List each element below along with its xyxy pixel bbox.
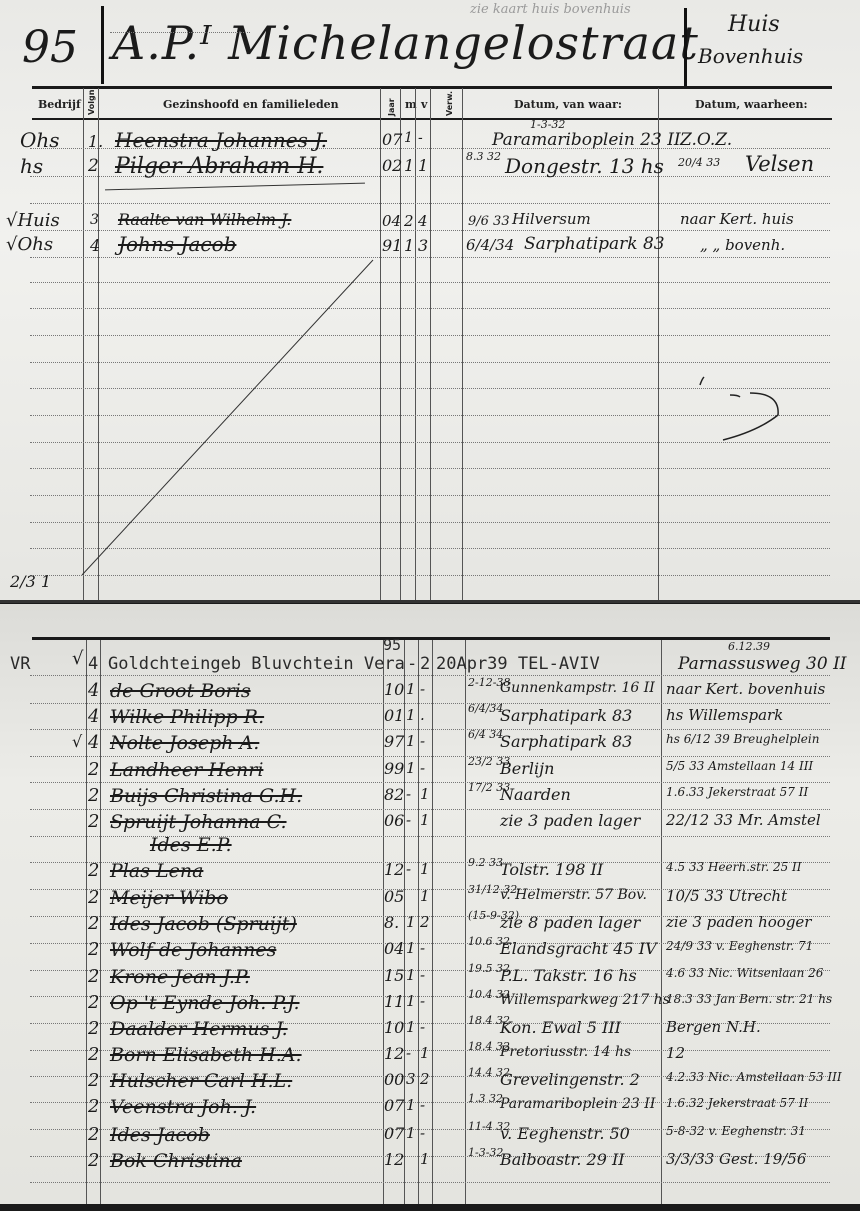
jaar-cell: 11 bbox=[384, 992, 404, 1011]
from-date-cell: 6/4 34 bbox=[468, 728, 503, 741]
m-cell: 1 bbox=[406, 759, 416, 777]
col-v: v bbox=[421, 98, 427, 111]
v-cell: 1 bbox=[420, 887, 430, 905]
v-cell: 1 bbox=[420, 1044, 430, 1062]
volgn-cell: 2 bbox=[88, 1096, 99, 1117]
v-cell: - bbox=[418, 130, 423, 146]
jaar-cell: 10 bbox=[384, 1018, 404, 1037]
col-line bbox=[86, 640, 87, 1204]
jaar-cell: 04 bbox=[384, 939, 404, 958]
from-cell: Dongestr. 13 hs bbox=[505, 154, 664, 178]
v-cell: - bbox=[420, 759, 425, 777]
volgn-cell: 2 bbox=[88, 785, 99, 806]
v-cell: - bbox=[420, 992, 425, 1010]
to-cell: 3/3/33 Gest. 19/56 bbox=[666, 1150, 806, 1168]
jaar-cell: 05 bbox=[384, 887, 404, 906]
jaar-cell: 12 bbox=[384, 1044, 404, 1063]
volgn-cell: 2 bbox=[88, 992, 99, 1013]
bedrijf-cell: √Ohs bbox=[6, 234, 53, 255]
from-cell: Balboastr. 29 II bbox=[500, 1150, 625, 1169]
from-date-cell: 1-3-32 bbox=[468, 1146, 503, 1159]
col-line bbox=[380, 88, 381, 600]
to-cell: 22/12 33 Mr. Amstel bbox=[666, 811, 821, 829]
header-bottom-rule bbox=[32, 118, 832, 120]
name-cell: de Groot Boris bbox=[110, 680, 251, 702]
name-cell: Wilke Philipp R. bbox=[110, 706, 264, 728]
v-cell: - bbox=[420, 939, 425, 957]
rule bbox=[30, 230, 830, 231]
jaar-cell: 06 bbox=[384, 811, 404, 830]
from-cell: Paramariboplein 23 II bbox=[500, 1096, 655, 1112]
from-cell: v. Helmerstr. 57 Bov. bbox=[500, 887, 647, 903]
to-cell: 5/5 33 Amstellaan 14 III bbox=[666, 759, 813, 773]
v-cell: 2 bbox=[420, 913, 430, 931]
col-gezinshoofd: Gezinshoofd en familieleden bbox=[163, 98, 339, 111]
m-cell: 1 bbox=[404, 130, 413, 146]
to-cell: 1.6.32 Jekerstraat 57 II bbox=[666, 1096, 808, 1110]
to-cell: 24/9 33 v. Eeghenstr. 71 bbox=[666, 939, 813, 953]
jaar-cell: 10 bbox=[384, 680, 404, 699]
m-cell: 2 bbox=[404, 212, 414, 230]
col-line bbox=[418, 640, 419, 1204]
name-cell: Ides E.P. bbox=[150, 834, 232, 856]
from-cell: Naarden bbox=[500, 785, 571, 804]
from-cell: Sarphatipark 83 bbox=[500, 706, 632, 725]
v-cell: 2 bbox=[420, 654, 430, 674]
rule bbox=[30, 729, 830, 730]
v-cell: . bbox=[420, 706, 425, 724]
from-date-cell: 8.3 32 bbox=[466, 150, 501, 163]
bedrijf-cell: VR bbox=[10, 654, 30, 674]
to-date-cell: 20/4 33 bbox=[678, 156, 720, 169]
name-cell: Bok Christina bbox=[110, 1150, 242, 1172]
rule bbox=[30, 1182, 830, 1183]
m-cell: 1 bbox=[406, 966, 416, 984]
from-date-cell: 6/4/34 bbox=[468, 702, 503, 715]
m-cell: 1 bbox=[406, 913, 416, 931]
to-cell: zie 3 paden hooger bbox=[666, 913, 811, 931]
name-cell: Pilger Abraham H. bbox=[115, 154, 323, 179]
bedrijf-cell: Ohs bbox=[20, 128, 60, 152]
m-cell: - bbox=[407, 654, 417, 674]
from-cell: Paramariboplein 23 II bbox=[492, 130, 681, 150]
col-datum-van-waar: Datum, van waar: bbox=[514, 98, 622, 111]
name-cell: Goldchteingeb Bluvchtein Vera bbox=[108, 654, 405, 674]
to-cell: Velsen bbox=[745, 152, 814, 176]
name-cell: Veenstra Joh. J. bbox=[110, 1096, 256, 1118]
header-rule bbox=[32, 637, 830, 640]
name-cell: Landheer Henri bbox=[110, 759, 263, 781]
from-cell: P.L. Takstr. 16 hs bbox=[500, 966, 637, 985]
diagonal-cancel-line bbox=[80, 255, 380, 580]
from-date-cell: 9.2 33 bbox=[468, 856, 503, 869]
rule bbox=[30, 756, 830, 757]
from-cell: Pretoriusstr. 14 hs bbox=[500, 1044, 631, 1060]
volgn-cell: 2 bbox=[88, 1150, 99, 1171]
from-cell: Sarphatipark 83 bbox=[524, 234, 665, 254]
registration-card-top: 95 A.P.ᴵ Michelangelostraat zie kaart hu… bbox=[0, 0, 860, 603]
jaar-cell: 97 bbox=[384, 732, 404, 751]
volgn-cell: 4 bbox=[88, 732, 99, 753]
to-cell: 18.3 33 Jan Bern. str. 21 hs bbox=[666, 992, 832, 1006]
unit-divider bbox=[684, 8, 687, 88]
jaar-cell: 91 bbox=[382, 236, 402, 255]
rule bbox=[30, 809, 830, 810]
m-cell: 1 bbox=[404, 236, 414, 255]
faint-note: zie kaart huis bovenhuis bbox=[470, 2, 631, 17]
rule bbox=[30, 675, 830, 676]
rule bbox=[30, 782, 830, 783]
m-cell: 1 bbox=[406, 1018, 416, 1036]
from-cell: Grevelingenstr. 2 bbox=[500, 1070, 640, 1089]
pencil-mark bbox=[690, 375, 790, 445]
col-datum-waarheen: Datum, waarheen: bbox=[695, 98, 808, 111]
col-line bbox=[415, 88, 416, 600]
from-date-cell: 6/4/34 bbox=[466, 236, 514, 254]
jaar-cell: 99 bbox=[384, 759, 404, 778]
to-cell: hs 6/12 39 Breughelplein bbox=[666, 732, 819, 746]
v-cell: - bbox=[420, 680, 425, 698]
jaar-cell: 07 bbox=[384, 1124, 404, 1143]
to-cell: naar Kert. bovenhuis bbox=[666, 680, 825, 698]
v-cell: 1 bbox=[420, 1150, 430, 1168]
m-cell: 1 bbox=[404, 156, 414, 175]
name-cell: Op 't Eynde Joh. P.J. bbox=[110, 992, 300, 1014]
name-cell: Daalder Hermus J. bbox=[110, 1018, 288, 1040]
v-cell: 1 bbox=[418, 156, 428, 175]
name-cell: Meijer Wibo bbox=[110, 887, 228, 909]
v-cell: 1 bbox=[420, 785, 430, 803]
m-cell: - bbox=[406, 811, 411, 829]
from-cell: Tolstr. 198 II bbox=[500, 860, 603, 879]
to-cell: 5-8-32 v. Eeghenstr. 31 bbox=[666, 1124, 806, 1138]
v-cell: - bbox=[420, 732, 425, 750]
jaar-cell: 95 bbox=[383, 636, 401, 654]
name-cell: Spruijt Johanna C. bbox=[110, 811, 287, 833]
bedrijf-cell: hs bbox=[20, 154, 43, 178]
volgn-cell: 4 bbox=[88, 654, 98, 674]
jaar-cell: 12 bbox=[384, 1150, 404, 1169]
volgn-cell: 2 bbox=[88, 1044, 99, 1065]
v-cell: - bbox=[420, 1018, 425, 1036]
from-cell: Berlijn bbox=[500, 759, 554, 778]
jaar-cell: 15 bbox=[384, 966, 404, 985]
v-cell: 1 bbox=[420, 860, 430, 878]
check-cell: √ bbox=[72, 732, 82, 751]
col-line bbox=[432, 640, 433, 1204]
name-cell: Plas Lena bbox=[110, 860, 203, 882]
col-line bbox=[661, 640, 662, 1204]
jaar-cell: 07 bbox=[384, 1096, 404, 1115]
volgn-cell: 2 bbox=[88, 759, 99, 780]
to-cell: „ „ bovenh. bbox=[700, 236, 785, 254]
v-cell: 1 bbox=[420, 811, 430, 829]
jaar-cell: 02 bbox=[382, 156, 402, 175]
v-cell: - bbox=[420, 1124, 425, 1142]
v-cell: 4 bbox=[418, 212, 428, 230]
v-cell: 3 bbox=[418, 236, 428, 255]
volgn-cell: 4 bbox=[88, 680, 99, 701]
volgn-cell: 2 bbox=[88, 913, 99, 934]
name-cell: Johns Jacob bbox=[118, 232, 236, 256]
unit-label-bovenhuis: Bovenhuis bbox=[698, 44, 803, 68]
to-cell: 1.6.33 Jekerstraat 57 II bbox=[666, 785, 808, 799]
separator-stroke bbox=[105, 183, 365, 191]
jaar-cell: 8. bbox=[384, 913, 399, 932]
m-cell: - bbox=[406, 1044, 411, 1062]
col-line bbox=[465, 640, 466, 1204]
to-date-cell: 6.12.39 bbox=[728, 640, 770, 653]
col-line bbox=[430, 88, 431, 600]
to-cell: 4.2.33 Nic. Amstellaan 53 III bbox=[666, 1070, 842, 1084]
jaar-cell: 00 bbox=[384, 1070, 404, 1089]
volgn-cell: 2 bbox=[88, 1070, 99, 1091]
volgn-cell: 4 bbox=[90, 236, 100, 255]
from-cell: v. Eeghenstr. 50 bbox=[500, 1124, 630, 1143]
name-cell: Ides Jacob (Spruijt) bbox=[110, 913, 297, 935]
header-top-rule bbox=[32, 86, 832, 89]
house-number: 95 bbox=[22, 22, 78, 73]
m-cell: 1 bbox=[406, 939, 416, 957]
name-cell: Born Elisabeth H.A. bbox=[110, 1044, 302, 1066]
to-cell: Z.O.Z. bbox=[680, 130, 732, 150]
to-cell: 10/5 33 Utrecht bbox=[666, 887, 787, 905]
jaar-cell: 01 bbox=[384, 706, 404, 725]
v-cell: 2 bbox=[420, 1070, 430, 1088]
from-cell: zie 8 paden lager bbox=[500, 913, 640, 932]
volgn-cell: 2 bbox=[88, 156, 99, 176]
v-cell: - bbox=[420, 1096, 425, 1114]
rule bbox=[30, 703, 830, 704]
name-cell: Raalte van Wilhelm J. bbox=[118, 210, 291, 229]
bedrijf-cell: √Huis bbox=[6, 210, 60, 231]
volgn-cell: 4 bbox=[88, 706, 99, 727]
jaar-cell: 12 bbox=[384, 860, 404, 879]
volgn-cell: 2 bbox=[88, 860, 99, 881]
name-cell: Ides Jacob bbox=[110, 1124, 210, 1146]
from-cell: Elandsgracht 45 IV bbox=[500, 939, 657, 958]
registration-card-bottom: VR √ 4 Goldchteingeb Bluvchtein Vera 95 … bbox=[0, 604, 860, 1204]
volgn-cell: 2 bbox=[88, 1124, 99, 1145]
col-volgn: Volgn. bbox=[87, 91, 96, 115]
m-cell: - bbox=[406, 785, 411, 803]
name-cell: Hulscher Carl H.L. bbox=[110, 1070, 292, 1092]
m-cell: 1 bbox=[406, 732, 416, 750]
col-bedrijf: Bedrijf bbox=[38, 98, 81, 111]
from-cell: Sarphatipark 83 bbox=[500, 732, 632, 751]
m-cell: 1 bbox=[406, 1096, 416, 1114]
m-cell: - bbox=[406, 860, 411, 878]
from-cell: Hilversum bbox=[512, 210, 591, 228]
jaar-cell: 04 bbox=[382, 212, 401, 230]
v-cell: - bbox=[420, 966, 425, 984]
from-cell: Gunnenkampstr. 16 II bbox=[500, 680, 655, 696]
from-cell: zie 3 paden lager bbox=[500, 811, 640, 830]
to-cell: naar Kert. huis bbox=[680, 210, 794, 228]
volgn-cell: 3 bbox=[90, 212, 99, 228]
name-cell: Heenstra Johannes J. bbox=[115, 128, 327, 152]
rule bbox=[30, 203, 830, 204]
volgn-cell: 1. bbox=[88, 132, 103, 151]
name-cell: Krone Jean J.P. bbox=[110, 966, 250, 988]
to-cell: 4.6 33 Nic. Witsenlaan 26 bbox=[666, 966, 823, 980]
col-line bbox=[100, 640, 101, 1204]
from-date-cell: 9/6 33 bbox=[468, 214, 510, 229]
m-cell: 1 bbox=[406, 680, 416, 698]
check-mark: √ bbox=[72, 648, 83, 669]
volgn-cell: 2 bbox=[88, 1018, 99, 1039]
from-cell: Willemsparkweg 217 hs bbox=[500, 992, 670, 1008]
unit-label-huis: Huis bbox=[728, 12, 780, 37]
m-cell: 3 bbox=[406, 1070, 416, 1088]
jaar-cell: 07 bbox=[382, 130, 402, 149]
name-cell: Nolte Joseph A. bbox=[110, 732, 259, 754]
from-date-cell: 1.3 32 bbox=[468, 1092, 503, 1105]
col-jaar: Jaar bbox=[387, 92, 396, 116]
to-cell: Parnassusweg 30 II bbox=[678, 654, 847, 674]
to-cell: 12 bbox=[666, 1044, 685, 1062]
to-cell: Bergen N.H. bbox=[666, 1018, 761, 1036]
m-cell: 1 bbox=[406, 1124, 416, 1142]
corner-note: 2/3 1 bbox=[10, 572, 51, 591]
m-cell: 1 bbox=[406, 706, 416, 724]
volgn-cell: 2 bbox=[88, 966, 99, 987]
col-line bbox=[462, 88, 463, 600]
volgn-cell: 2 bbox=[88, 887, 99, 908]
title-dotted-line bbox=[110, 32, 250, 33]
street-name: A.P.ᴵ Michelangelostraat bbox=[112, 16, 699, 70]
name-cell: Wolf de Johannes bbox=[110, 939, 276, 961]
volgn-cell: 2 bbox=[88, 811, 99, 832]
title-divider bbox=[101, 6, 104, 84]
from-cell: Kon. Ewal 5 III bbox=[500, 1018, 621, 1037]
name-cell: Buijs Christina G.H. bbox=[110, 785, 302, 807]
jaar-cell: 82 bbox=[384, 785, 404, 804]
to-cell: 4.5 33 Heerh.str. 25 II bbox=[666, 860, 802, 874]
m-cell: 1 bbox=[406, 992, 416, 1010]
volgn-cell: 2 bbox=[88, 939, 99, 960]
col-verw: Verw. bbox=[445, 92, 454, 116]
to-cell: hs Willemspark bbox=[666, 706, 783, 724]
from-cell: 20Apr39 TEL-AVIV bbox=[436, 654, 600, 674]
